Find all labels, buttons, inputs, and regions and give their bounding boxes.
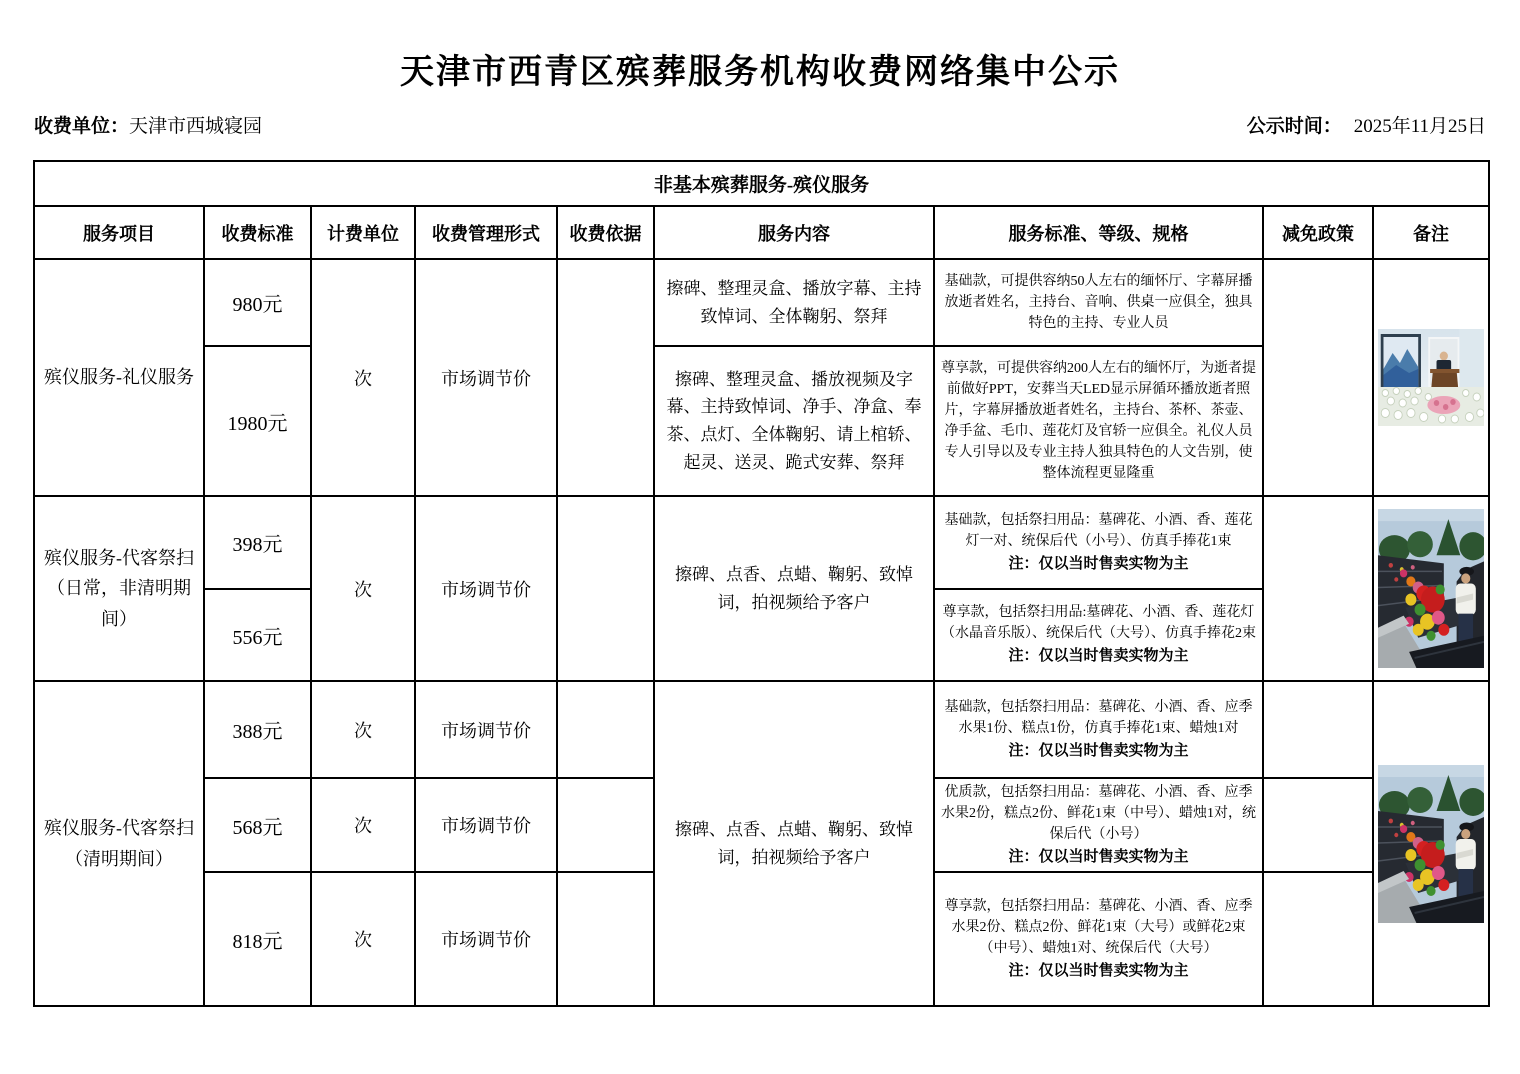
col-header-service-spec: 服务标准、等级、规格 [934,206,1263,259]
col-header-fee-management: 收费管理形式 [415,206,557,259]
charging-unit-value: 天津市西城寝园 [129,116,262,137]
reduction-policy-cell [1263,259,1373,496]
table-row: 殡仪服务-代客祭扫（日常，非清明期间） 398元 次 市场调节价 擦碑、点香、点… [34,496,1489,589]
banner-row: 非基本殡葬服务-殡仪服务 [34,161,1489,206]
spec-text: 优质款，包括祭扫用品：墓碑花、小酒、香、应季水果2份，糕点2份、鲜花1束（中号）… [939,782,1258,845]
service-item-cell: 殡仪服务-代客祭扫（清明期间） [34,681,204,1006]
fee-management-cell: 市场调节价 [415,778,557,872]
service-content-cell: 擦碑、整理灵盒、播放视频及字幕、主持致悼词、净手、净盒、奉茶、点灯、全体鞠躬、请… [654,346,934,496]
price-cell: 568元 [204,778,311,872]
col-header-billing-unit: 计费单位 [311,206,415,259]
charging-unit-label: 收费单位： [34,116,129,137]
spec-note: 注：仅以当时售卖实物为主 [939,553,1258,576]
spec-note: 注：仅以当时售卖实物为主 [939,960,1258,983]
col-header-reduction-policy: 减免政策 [1263,206,1373,259]
billing-unit-cell: 次 [311,778,415,872]
memorial-hall-photo [1378,329,1484,426]
fee-management-cell: 市场调节价 [415,681,557,778]
spec-text: 基础款，包括祭扫用品：墓碑花、小酒、香、莲花灯一对、统保后代（小号）、仿真手捧花… [939,510,1258,552]
col-header-fee-basis: 收费依据 [557,206,654,259]
fee-basis-cell [557,496,654,681]
reduction-policy-cell [1263,872,1373,1006]
document-page: 天津市西青区殡葬服务机构收费网络集中公示 收费单位：天津市西城寝园 公示时间：2… [0,0,1520,1074]
reduction-policy-cell [1263,496,1373,681]
col-header-service-content: 服务内容 [654,206,934,259]
service-spec-cell: 基础款，包括祭扫用品：墓碑花、小酒、香、应季水果1份、糕点1份，仿真手捧花1束、… [934,681,1263,778]
remark-cell [1373,259,1489,496]
spec-text: 尊享款，包括祭扫用品：墓碑花、小酒、香、应季水果2份、糕点2份、鲜花1束（大号）… [939,896,1258,959]
fee-basis-cell [557,259,654,496]
billing-unit-cell: 次 [311,496,415,681]
publicity-date: 公示时间：2025年11月25日 [1247,111,1486,138]
service-item-cell: 殡仪服务-代客祭扫（日常，非清明期间） [34,496,204,681]
publicity-date-value: 2025年11月25日 [1354,116,1486,137]
table-row: 殡仪服务-代客祭扫（清明期间） 388元 次 市场调节价 擦碑、点香、点蜡、鞠躬… [34,681,1489,778]
fee-basis-cell [557,681,654,778]
remark-cell [1373,681,1489,1006]
service-content-cell: 擦碑、整理灵盒、播放字幕、主持致悼词、全体鞠躬、祭拜 [654,259,934,346]
price-cell: 1980元 [204,346,311,496]
spec-note: 注：仅以当时售卖实物为主 [939,740,1258,763]
page-title: 天津市西青区殡葬服务机构收费网络集中公示 [0,44,1520,93]
fee-management-cell: 市场调节价 [415,872,557,1006]
fee-basis-cell [557,872,654,1006]
columbarium-photo [1378,509,1484,668]
info-row: 收费单位：天津市西城寝园 公示时间：2025年11月25日 [0,111,1520,138]
columbarium-photo [1378,765,1484,923]
publicity-date-label: 公示时间： [1247,116,1342,137]
service-spec-cell: 基础款，可提供容纳50人左右的缅怀厅、字幕屏播放逝者姓名，主持台、音响、供桌一应… [934,259,1263,346]
billing-unit-cell: 次 [311,259,415,496]
price-cell: 818元 [204,872,311,1006]
header-row: 服务项目 收费标准 计费单位 收费管理形式 收费依据 服务内容 服务标准、等级、… [34,206,1489,259]
remark-cell [1373,496,1489,681]
reduction-policy-cell [1263,778,1373,872]
price-cell: 388元 [204,681,311,778]
service-content-cell: 擦碑、点香、点蜡、鞠躬、致悼词，拍视频给予客户 [654,681,934,1006]
spec-note: 注：仅以当时售卖实物为主 [939,846,1258,869]
fee-management-cell: 市场调节价 [415,496,557,681]
price-cell: 398元 [204,496,311,589]
table-banner: 非基本殡葬服务-殡仪服务 [34,161,1489,206]
service-spec-cell: 尊享款，可提供容纳200人左右的缅怀厅，为逝者提前做好PPT，安葬当天LED显示… [934,346,1263,496]
spec-text: 基础款，包括祭扫用品：墓碑花、小酒、香、应季水果1份、糕点1份，仿真手捧花1束、… [939,697,1258,739]
col-header-remark: 备注 [1373,206,1489,259]
billing-unit-cell: 次 [311,681,415,778]
spec-note: 注：仅以当时售卖实物为主 [939,645,1258,668]
fee-table: 非基本殡葬服务-殡仪服务 服务项目 收费标准 计费单位 收费管理形式 收费依据 … [33,160,1490,1007]
service-content-cell: 擦碑、点香、点蜡、鞠躬、致悼词，拍视频给予客户 [654,496,934,681]
table-row: 殡仪服务-礼仪服务 980元 次 市场调节价 擦碑、整理灵盒、播放字幕、主持致悼… [34,259,1489,346]
service-spec-cell: 尊享款，包括祭扫用品：墓碑花、小酒、香、应季水果2份、糕点2份、鲜花1束（大号）… [934,872,1263,1006]
spec-text: 尊享款，包括祭扫用品:墓碑花、小酒、香、莲花灯（水晶音乐版）、统保后代（大号）、… [939,602,1258,644]
fee-basis-cell [557,778,654,872]
col-header-service-item: 服务项目 [34,206,204,259]
service-spec-cell: 优质款，包括祭扫用品：墓碑花、小酒、香、应季水果2份，糕点2份、鲜花1束（中号）… [934,778,1263,872]
charging-unit: 收费单位：天津市西城寝园 [34,111,262,138]
reduction-policy-cell [1263,681,1373,778]
service-spec-cell: 尊享款，包括祭扫用品:墓碑花、小酒、香、莲花灯（水晶音乐版）、统保后代（大号）、… [934,589,1263,681]
price-cell: 980元 [204,259,311,346]
service-item-cell: 殡仪服务-礼仪服务 [34,259,204,496]
billing-unit-cell: 次 [311,872,415,1006]
service-spec-cell: 基础款，包括祭扫用品：墓碑花、小酒、香、莲花灯一对、统保后代（小号）、仿真手捧花… [934,496,1263,589]
fee-management-cell: 市场调节价 [415,259,557,496]
price-cell: 556元 [204,589,311,681]
col-header-fee-standard: 收费标准 [204,206,311,259]
